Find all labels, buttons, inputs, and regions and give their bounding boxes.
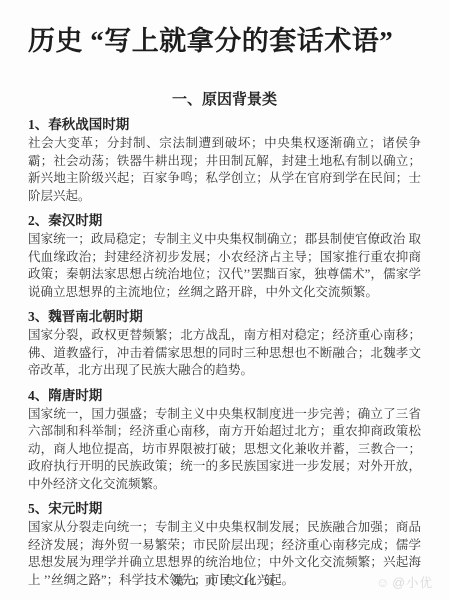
page-title: 历史 “写上就拿分的套话术语” (28, 22, 421, 60)
section-heading: 1、春秋战国时期 (28, 116, 421, 134)
watermark-text: @小优 (392, 573, 433, 591)
section-heading: 2、秦汉时期 (28, 212, 421, 230)
category-heading: 一、原因背景类 (28, 91, 421, 109)
section-body: 国家统一，国力强盛；专制主义中央集权制度进一步完善；确立了三省六部制和科举制；经… (28, 406, 421, 494)
section-spring-autumn-warring-states: 1、春秋战国时期 社会大变革；分封制、宗法制遭到破坏；中央集权逐渐确立；诸侯争霸… (28, 116, 421, 205)
section-heading: 3、魏晋南北朝时期 (28, 308, 421, 326)
smiley-face-icon: ☺ (376, 576, 390, 589)
document-page: 历史 “写上就拿分的套话术语” 一、原因背景类 1、春秋战国时期 社会大变革；分… (0, 0, 449, 600)
section-body: 社会大变革；分封制、宗法制遭到破坏；中央集权逐渐确立；诸侯争霸；社会动荡；铁器牛… (28, 135, 421, 205)
section-sui-tang: 4、隋唐时期 国家统一，国力强盛；专制主义中央集权制度进一步完善；确立了三省六部… (28, 387, 421, 494)
page-indicator: 第 1 页 共 11 页 (172, 574, 277, 588)
section-body: 国家统一；政局稳定；专制主义中央集权制确立；郡县制使官僚政治 取代血缘政治；封建… (28, 231, 421, 301)
watermark: ☺ @小优 (376, 573, 433, 591)
section-wei-jin-northern-southern: 3、魏晋南北朝时期 国家分裂，政权更替频繁；北方战乱，南方相对稳定；经济重心南移… (28, 308, 421, 380)
section-heading: 5、宋元时期 (28, 500, 421, 518)
section-body: 国家分裂，政权更替频繁；北方战乱，南方相对稳定；经济重心南移；佛、道教盛行，冲击… (28, 327, 421, 380)
section-heading: 4、隋唐时期 (28, 387, 421, 405)
section-qin-han: 2、秦汉时期 国家统一；政局稳定；专制主义中央集权制确立；郡县制使官僚政治 取代… (28, 212, 421, 301)
